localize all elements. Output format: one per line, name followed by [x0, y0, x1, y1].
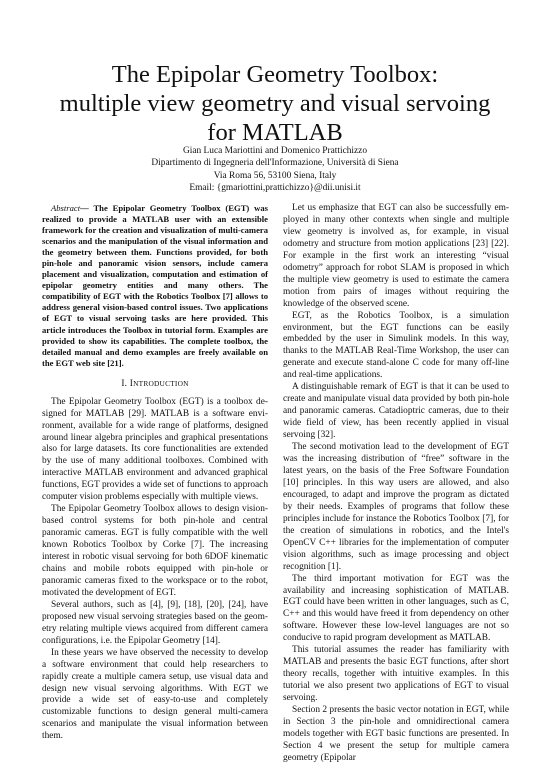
paragraph: Let us emphasize that EGT can also be su… — [283, 203, 509, 311]
paragraph: Several authors, such as [4], [9], [18],… — [42, 600, 268, 648]
title-line-3: for MATLAB — [0, 118, 550, 147]
paragraph: Section 2 presents the basic vector nota… — [283, 705, 509, 765]
abstract-dash: — — [80, 203, 93, 213]
section-heading-introduction: I. INTRODUCTION — [42, 378, 268, 391]
paragraph: The third important motivation for EGT w… — [283, 574, 509, 646]
left-column: Abstract— The Epipolar Geometry Toolbox … — [42, 203, 268, 743]
abstract-label: Abstract — [51, 203, 80, 213]
author-names: Gian Luca Mariottini and Domenico Pratti… — [0, 145, 550, 157]
paragraph: This tutorial assumes the reader has fam… — [283, 645, 509, 705]
paragraph: In these years we have observed the nece… — [42, 648, 268, 744]
section-title-rest: NTRODUCTION — [133, 379, 189, 388]
abstract: Abstract— The Epipolar Geometry Toolbox … — [42, 203, 268, 369]
affiliation: Dipartimento di Ingegneria dell'Informaz… — [0, 157, 550, 169]
paragraph: The second motivation lead to the develo… — [283, 442, 509, 573]
abstract-text: The Epipolar Geometry Toolbox (EGT) was … — [42, 203, 268, 368]
paragraph: The Epipolar Geometry Toolbox allows to … — [42, 504, 268, 600]
paragraph: EGT, as the Robotics Toolbox, is a simul… — [283, 311, 509, 383]
title-line-2: multiple view geometry and visual servoi… — [0, 89, 550, 118]
paragraph: The Epipolar Geometry Toolbox (EGT) is a… — [42, 397, 268, 505]
right-column: Let us emphasize that EGT can also be su… — [283, 203, 509, 765]
section-number: I. — [121, 379, 129, 389]
address: Via Roma 56, 53100 Siena, Italy — [0, 170, 550, 182]
paragraph: A distinguishable remark of EGT is that … — [283, 382, 509, 442]
author-block: Gian Luca Mariottini and Domenico Pratti… — [0, 145, 550, 194]
title-line-1: The Epipolar Geometry Toolbox: — [0, 60, 550, 89]
paper-title: The Epipolar Geometry Toolbox: multiple … — [0, 60, 550, 147]
email: Email: {gmariottini,prattichizzo}@dii.un… — [0, 182, 550, 194]
